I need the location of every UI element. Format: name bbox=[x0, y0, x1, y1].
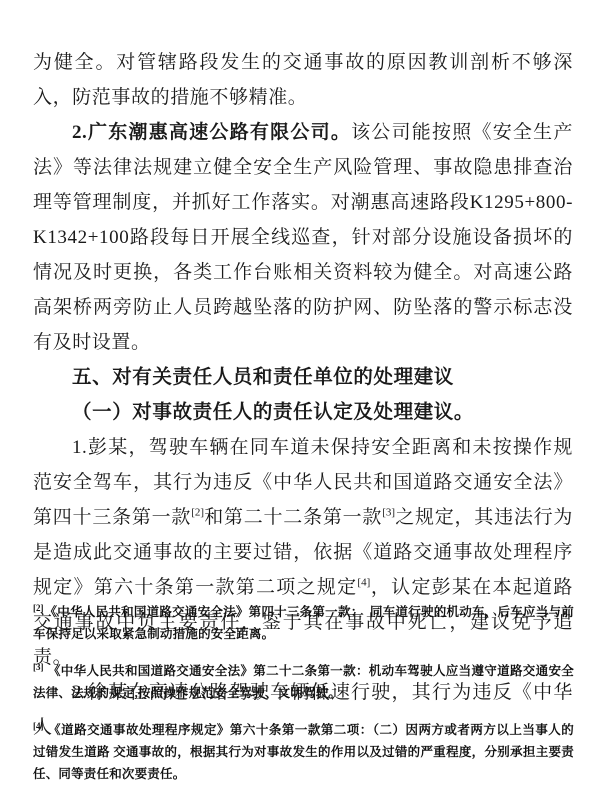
footnote-marker: [4] bbox=[33, 721, 44, 731]
footnote-ref-3: [3] bbox=[382, 507, 395, 519]
paragraph-company: 2.广东潮惠高速公路有限公司。该公司能按照《安全生产法》等法律法规建立健全安全生… bbox=[33, 115, 573, 360]
paragraph-continuation: 为健全。对管辖路段发生的交通事故的原因教训剖析不够深入，防范事故的措施不够精准。 bbox=[33, 45, 573, 115]
paragraph-lead-bold: 2.广东潮惠高速公路有限公司。 bbox=[72, 122, 351, 143]
subsection-heading: （一）对事故责任人的责任认定及处理建议。 bbox=[33, 395, 573, 430]
paragraph-text: 和第二十二条第一款 bbox=[204, 507, 382, 528]
footnote-text: 《中华人民共和国道路交通安全法》第二十二条第一款：机动车驾驶人应当遵守道路交通安… bbox=[33, 664, 574, 700]
footnote-ref-4: [4] bbox=[357, 577, 370, 589]
footnote-2: [2]《中华人民共和国道路交通安全法》第四十三条第一款： 同车道行驶的机动车，后… bbox=[33, 601, 574, 645]
paragraph-text: 为健全。对管辖路段发生的交通事故的原因教训剖析不够深入，防范事故的措施不够精准。 bbox=[33, 52, 573, 108]
footnote-marker: [3] bbox=[33, 662, 44, 672]
footnote-3: [3] 《中华人民共和国道路交通安全法》第二十二条第一款：机动车驾驶人应当遵守道… bbox=[33, 660, 574, 704]
footnotes-section: [2]《中华人民共和国道路交通安全法》第四十三条第一款： 同车道行驶的机动车，后… bbox=[33, 601, 574, 796]
paragraph-text: 该公司能按照《安全生产法》等法律法规建立健全安全生产风险管理、事故隐患排查治理等… bbox=[33, 122, 573, 353]
footnote-marker: [2] bbox=[33, 603, 44, 613]
footnote-text: 《中华人民共和国道路交通安全法》第四十三条第一款： 同车道行驶的机动车，后车应当… bbox=[33, 605, 574, 641]
document-page: 为健全。对管辖路段发生的交通事故的原因教训剖析不够深入，防范事故的措施不够精准。… bbox=[0, 0, 605, 796]
footnote-ref-2: [2] bbox=[191, 507, 204, 519]
section-heading: 五、对有关责任人员和责任单位的处理建议 bbox=[33, 360, 573, 395]
footnote-text: 《道路交通事故处理程序规定》第六十条第一款第二项：（二）因两方或者两方以上当事人… bbox=[33, 723, 574, 781]
footnote-4: [4] 《道路交通事故处理程序规定》第六十条第一款第二项：（二）因两方或者两方以… bbox=[33, 719, 574, 785]
